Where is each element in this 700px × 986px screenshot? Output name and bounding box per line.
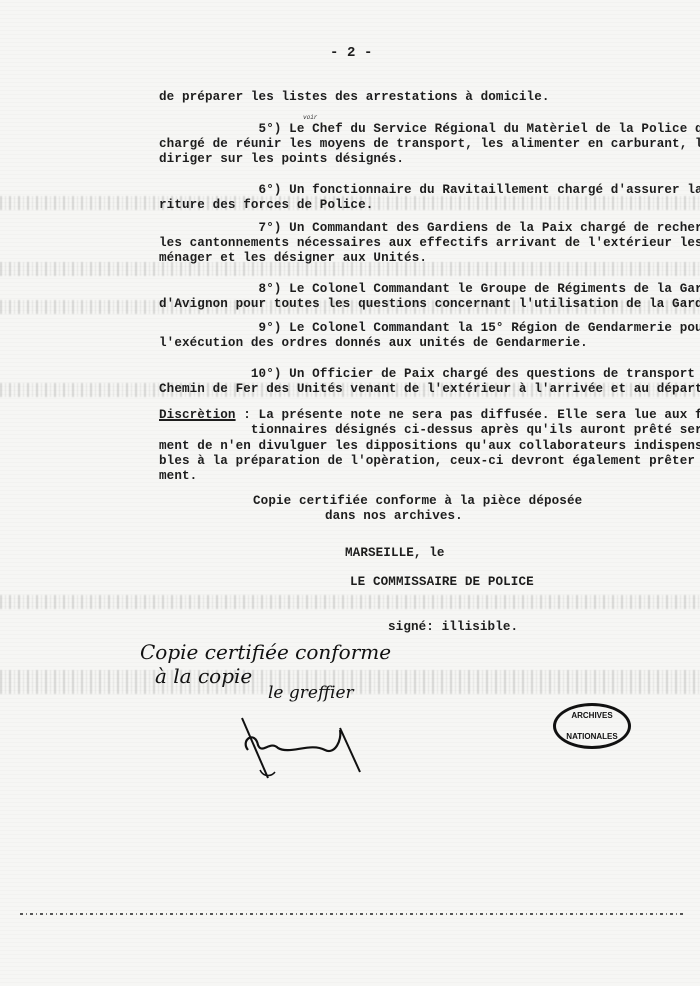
text-line: ment. bbox=[159, 469, 197, 483]
text-line: diriger sur les points désignés. bbox=[159, 152, 404, 166]
text-line: les cantonnements nécessaires aux effect… bbox=[159, 236, 700, 250]
page-number: - 2 - bbox=[330, 45, 373, 61]
certification-line: Copie certifiée conforme à la pièce dépo… bbox=[253, 494, 582, 508]
handwritten-annotation: voir bbox=[303, 114, 317, 121]
text-line: 8°) Le Colonel Commandant le Groupe de R… bbox=[159, 282, 700, 296]
handwritten-certification: Copie certifiée conforme bbox=[140, 640, 391, 664]
text-line: : La présente note ne sera pas diffusée.… bbox=[236, 408, 700, 422]
text-line: ment de n'en divulguer les dippositions … bbox=[159, 439, 700, 453]
text-line: l'exécution des ordres donnés aux unités… bbox=[159, 336, 588, 350]
text-line: Chemin de Fer des Unités venant de l'ext… bbox=[159, 382, 700, 396]
text-line: riture des forces de Police. bbox=[159, 198, 373, 212]
certification-line: dans nos archives. bbox=[325, 509, 463, 523]
place-date: MARSEILLE, le bbox=[345, 546, 445, 560]
discretion-paragraph: Discrètion : La présente note ne sera pa… bbox=[159, 408, 700, 422]
text-line: 7°) Un Commandant des Gardiens de la Pai… bbox=[159, 221, 700, 235]
signatory-title: LE COMMISSAIRE DE POLICE bbox=[350, 575, 534, 589]
stamp-top-text: ARCHIVES bbox=[556, 711, 628, 720]
text-line: chargé de réunir les moyens de transport… bbox=[159, 137, 700, 151]
text-line: de préparer les listes des arrestations … bbox=[159, 90, 550, 104]
text-line: bles à la préparation de l'opèration, ce… bbox=[159, 454, 700, 468]
signed-illegible: signé: illisible. bbox=[388, 620, 518, 634]
text-line: d'Avignon pour toutes les questions conc… bbox=[159, 297, 700, 311]
text-line: ménager et les désigner aux Unités. bbox=[159, 251, 427, 265]
discretion-label: Discrètion bbox=[159, 408, 236, 422]
bottom-scan-line bbox=[20, 913, 686, 915]
text-line: tionnaires désignés ci-dessus après qu'i… bbox=[159, 423, 700, 437]
text-line: 5°) Le Chef du Service Régional du Matèr… bbox=[159, 122, 700, 136]
text-line: 9°) Le Colonel Commandant la 15° Région … bbox=[159, 321, 700, 335]
handwritten-certification: à la copie bbox=[155, 664, 252, 688]
stamp-bottom-text: NATIONALES bbox=[556, 732, 628, 741]
archives-nationales-stamp: ARCHIVES NATIONALES bbox=[553, 703, 631, 749]
text-line: 6°) Un fonctionnaire du Ravitaillement c… bbox=[159, 183, 700, 197]
text-line: 10°) Un Officier de Paix chargé des ques… bbox=[159, 367, 700, 381]
signature-icon bbox=[230, 700, 380, 790]
scan-noise bbox=[0, 595, 700, 609]
document-page: - 2 - voir de préparer les listes des ar… bbox=[0, 0, 700, 986]
